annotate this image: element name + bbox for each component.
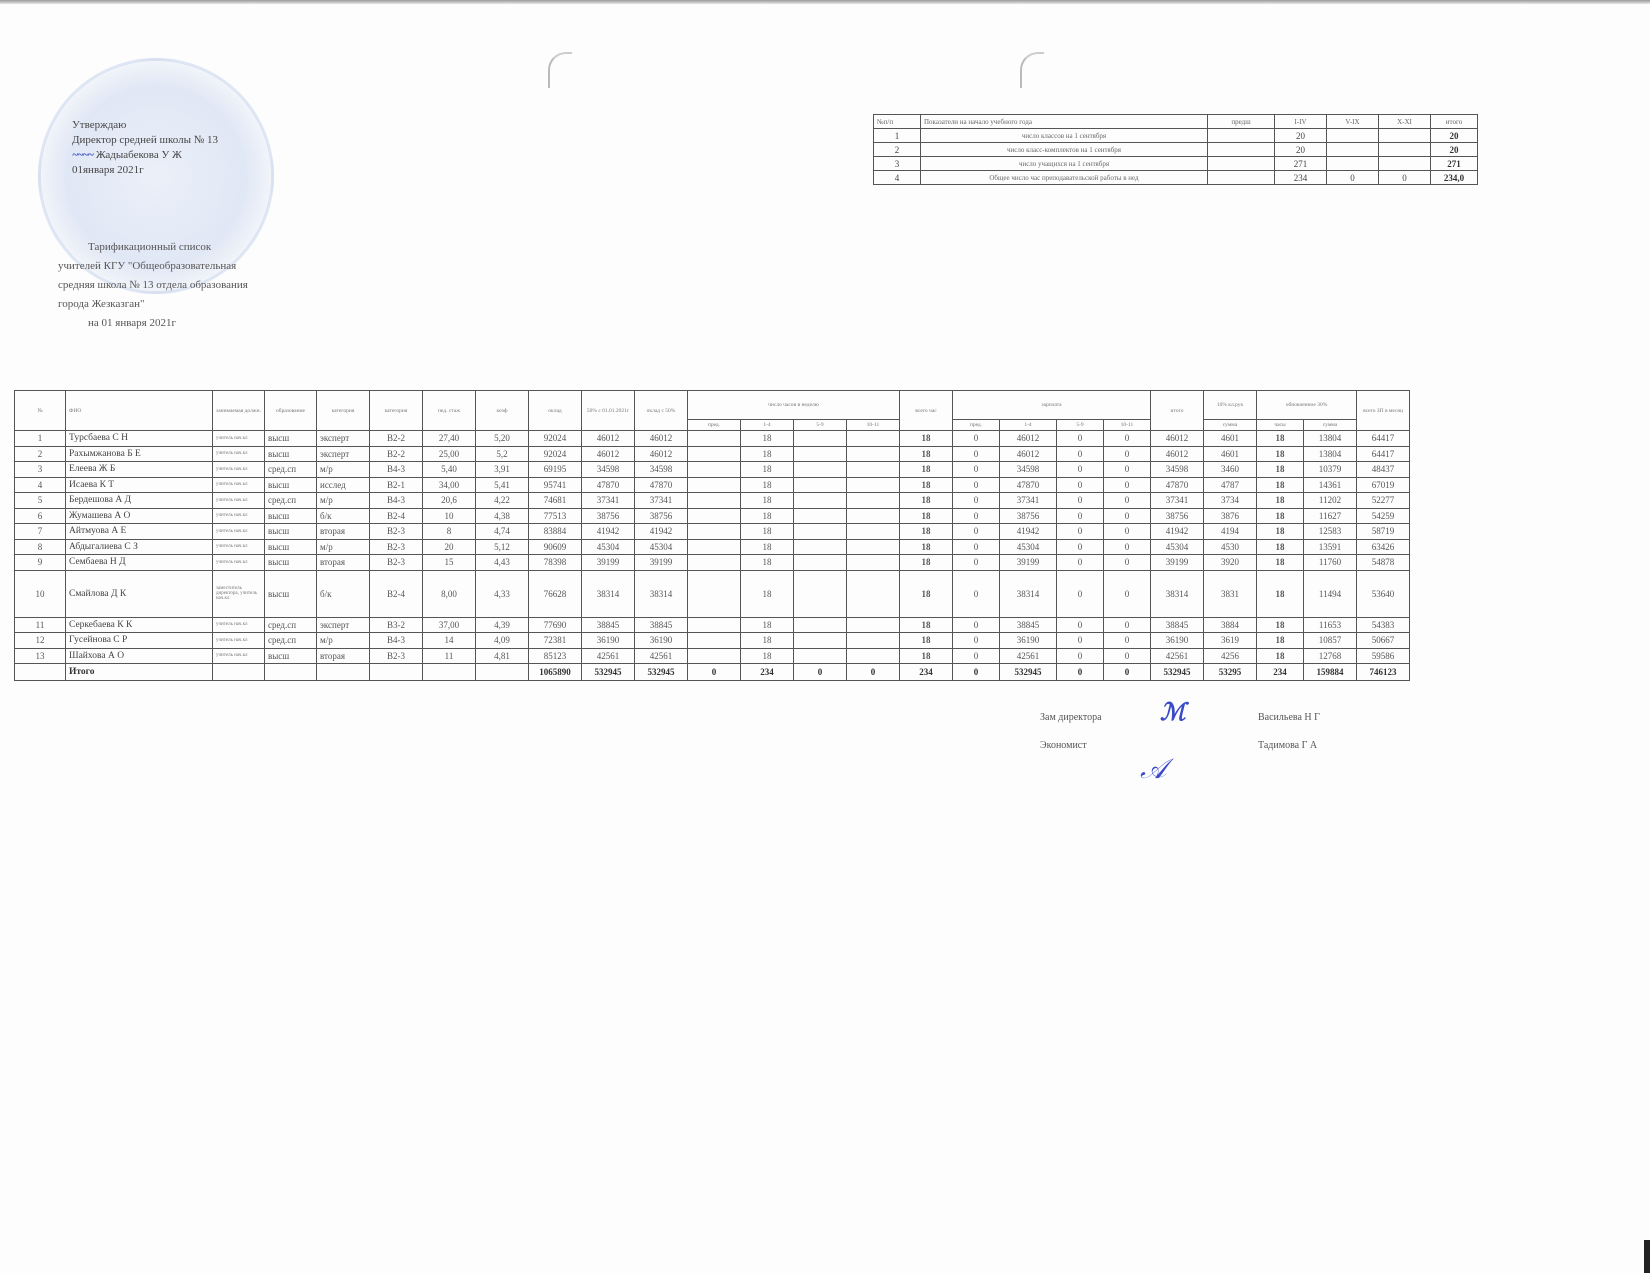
cell-position: учитель нач.кл <box>213 633 265 649</box>
summary-cell-label: Общее число час преподавательской работы… <box>921 171 1208 185</box>
cell-upd_s: 10379 <box>1304 462 1357 478</box>
summary-table: №п/п Показатели на начало учебного года … <box>873 114 1478 185</box>
col-pay-5-9: 5-9 <box>1057 420 1104 431</box>
cell-p59: 0 <box>1057 493 1104 509</box>
summary-cell-n: 1 <box>874 129 921 143</box>
cell-hours: 18 <box>900 648 953 664</box>
cell-fio: Исаева К Т <box>66 477 213 493</box>
cell-itogo: 37341 <box>1151 493 1204 509</box>
cell-h_pre <box>688 508 741 524</box>
cell-total: 52277 <box>1357 493 1410 509</box>
title-line1: Тарификационный список <box>58 238 298 257</box>
cell-h1011 <box>847 477 900 493</box>
cell-salary50: 39199 <box>635 555 688 571</box>
cell-p1011: 0 <box>1104 477 1151 493</box>
cell-p_pre: 0 <box>953 524 1000 540</box>
cell-ten: 3831 <box>1204 570 1257 617</box>
col-fio: ФИО <box>66 391 213 431</box>
cell-n: 13 <box>15 648 66 664</box>
cell-salary50: 34598 <box>635 462 688 478</box>
cell-education: высш <box>265 431 317 447</box>
cell-itogo: 46012 <box>1151 446 1204 462</box>
col-hours-pre: пред. <box>688 420 741 431</box>
cell-salary: 78398 <box>529 555 582 571</box>
cell-category2: В3-2 <box>370 617 423 633</box>
cell-p59: 0 <box>1057 462 1104 478</box>
cell-fio: Турсбаева С Н <box>66 431 213 447</box>
cell-p1011: 0 <box>1104 493 1151 509</box>
cell-h_pre <box>688 539 741 555</box>
summary-row: 2число класс-комплектов на 1 сентября202… <box>874 143 1478 157</box>
cell-p_pre: 0 <box>953 431 1000 447</box>
cell-upd_h: 18 <box>1257 462 1304 478</box>
summary-row: 3число учащихся на 1 сентября271271 <box>874 157 1478 171</box>
cell-salary50: 41942 <box>635 524 688 540</box>
cell-fio: Смайлова Д К <box>66 570 213 617</box>
cell-h59 <box>794 493 847 509</box>
signature-row: Экономист 𝒜 Тадимова Г А <box>1040 740 1087 751</box>
col-itogo: итого <box>1151 391 1204 431</box>
cell-n: 6 <box>15 508 66 524</box>
cell-category: эксперт <box>317 617 370 633</box>
scan-top-edge <box>0 0 1650 4</box>
signature-role: Экономист <box>1040 740 1087 751</box>
summary-row: 1число классов на 1 сентября2020 <box>874 129 1478 143</box>
cell-h14: 18 <box>741 493 794 509</box>
col-ten-pct-sum: сумма <box>1204 420 1257 431</box>
cell-n: 10 <box>15 570 66 617</box>
cell-coef: 4,33 <box>476 570 529 617</box>
cell-category: исслед <box>317 477 370 493</box>
punch-hole-mark <box>1020 52 1044 88</box>
cell-p59: 0 <box>1057 539 1104 555</box>
col-hours-group: число часов в неделю <box>688 391 900 420</box>
cell-category2: В2-4 <box>370 570 423 617</box>
cell-fio: Рахымжанова Б Е <box>66 446 213 462</box>
summary-cell-label: число классов на 1 сентября <box>921 129 1208 143</box>
cell-p14: 38845 <box>1000 617 1057 633</box>
cell-upd_h: 18 <box>1257 539 1304 555</box>
cell-upd_s: 14361 <box>1304 477 1357 493</box>
cell-h_pre <box>688 477 741 493</box>
cell-category2: В2-2 <box>370 446 423 462</box>
cell-fifty: 37341 <box>582 493 635 509</box>
cell-h_pre <box>688 493 741 509</box>
summary-header: Показатели на начало учебного года <box>921 115 1208 129</box>
table-row: 2Рахымжанова Б Еучитель нач.клвысшэкспер… <box>15 446 1410 462</box>
cell-coef: 4,22 <box>476 493 529 509</box>
tariff-table: № ФИО занимаемая должн. образование кате… <box>14 390 1410 681</box>
cell-category: б/к <box>317 508 370 524</box>
cell-salary50: 46012 <box>635 431 688 447</box>
cell-category2: В4-3 <box>370 633 423 649</box>
summary-cell-c14: 20 <box>1275 129 1327 143</box>
cell-fifty: 46012 <box>582 431 635 447</box>
cell-position: учитель нач.кл <box>213 555 265 571</box>
cell-total: 58719 <box>1357 524 1410 540</box>
table-row: 12Гусейнова С Ручитель нач.клсред.спм/рВ… <box>15 633 1410 649</box>
cell-p_pre: 0 <box>953 648 1000 664</box>
col-hours-5-9: 5-9 <box>794 420 847 431</box>
cell-itogo: 34598 <box>1151 462 1204 478</box>
cell-salary: 92024 <box>529 446 582 462</box>
cell-itogo: 45304 <box>1151 539 1204 555</box>
cell-category2: В2-3 <box>370 524 423 540</box>
cell-hours: 18 <box>900 633 953 649</box>
cell-category2: В4-3 <box>370 462 423 478</box>
summary-header-row: №п/п Показатели на начало учебного года … <box>874 115 1478 129</box>
cell-upd_h: 18 <box>1257 555 1304 571</box>
cell-n: 11 <box>15 617 66 633</box>
cell-fifty: 38756 <box>582 508 635 524</box>
cell-position: учитель нач.кл <box>213 524 265 540</box>
cell-hours: 18 <box>900 555 953 571</box>
cell-p59: 0 <box>1057 570 1104 617</box>
col-upd-sum: сумма <box>1304 420 1357 431</box>
cell-itogo: 47870 <box>1151 477 1204 493</box>
summary-cell-n: 3 <box>874 157 921 171</box>
total-empty-cell <box>265 664 317 681</box>
cell-upd_s: 11202 <box>1304 493 1357 509</box>
col-upd-hours: часы <box>1257 420 1304 431</box>
cell-total: 50667 <box>1357 633 1410 649</box>
cell-h_pre <box>688 462 741 478</box>
cell-coef: 4,81 <box>476 648 529 664</box>
summary-cell-c59: 0 <box>1327 171 1379 185</box>
cell-h59 <box>794 539 847 555</box>
approval-line1: Утверждаю <box>72 118 218 133</box>
cell-upd_s: 13591 <box>1304 539 1357 555</box>
cell-salary50: 38845 <box>635 617 688 633</box>
summary-cell-n: 2 <box>874 143 921 157</box>
cell-experience: 27,40 <box>423 431 476 447</box>
cell-hours: 18 <box>900 524 953 540</box>
cell-coef: 4,43 <box>476 555 529 571</box>
cell-p14: 46012 <box>1000 446 1057 462</box>
cell-experience: 25,00 <box>423 446 476 462</box>
table-row: 4Исаева К Тучитель нач.клвысшисследВ2-13… <box>15 477 1410 493</box>
cell-fio: Серкебаева К К <box>66 617 213 633</box>
table-row: 7Айтмуова А Еучитель нач.клвысшвтораяВ2-… <box>15 524 1410 540</box>
total-cell-itogo: 532945 <box>1151 664 1204 681</box>
cell-education: высш <box>265 555 317 571</box>
cell-fifty: 34598 <box>582 462 635 478</box>
cell-experience: 14 <box>423 633 476 649</box>
summary-header: V-IX <box>1327 115 1379 129</box>
cell-position: учитель нач.кл <box>213 431 265 447</box>
cell-upd_h: 18 <box>1257 446 1304 462</box>
cell-h14: 18 <box>741 524 794 540</box>
total-empty-cell <box>213 664 265 681</box>
cell-upd_h: 18 <box>1257 617 1304 633</box>
cell-p14: 34598 <box>1000 462 1057 478</box>
deputy-signature-mark: ℳ <box>1160 698 1183 727</box>
total-cell-upd_s: 159884 <box>1304 664 1357 681</box>
signature-name: Тадимова Г А <box>1258 740 1317 751</box>
summary-header: №п/п <box>874 115 921 129</box>
col-total-month: всего ЗП в месяц <box>1357 391 1410 431</box>
cell-coef: 3,91 <box>476 462 529 478</box>
cell-category: эксперт <box>317 446 370 462</box>
total-cell-fifty: 532945 <box>582 664 635 681</box>
cell-salary50: 36190 <box>635 633 688 649</box>
cell-n: 12 <box>15 633 66 649</box>
col-salary: оклад <box>529 391 582 431</box>
cell-fifty: 39199 <box>582 555 635 571</box>
cell-p14: 41942 <box>1000 524 1057 540</box>
cell-h59 <box>794 648 847 664</box>
summary-cell-c59 <box>1327 157 1379 171</box>
summary-cell-c1011 <box>1379 157 1431 171</box>
cell-coef: 5,2 <box>476 446 529 462</box>
cell-position: учитель нач.кл <box>213 446 265 462</box>
cell-fio: Гусейнова С Р <box>66 633 213 649</box>
cell-itogo: 36190 <box>1151 633 1204 649</box>
cell-h_pre <box>688 617 741 633</box>
cell-salary: 77513 <box>529 508 582 524</box>
col-upd-group: обновленное 30% <box>1257 391 1357 420</box>
col-total-hours: всего час <box>900 391 953 431</box>
summary-header: X-XI <box>1379 115 1431 129</box>
cell-h59 <box>794 524 847 540</box>
cell-total: 59586 <box>1357 648 1410 664</box>
approval-date: 01января 2021г <box>72 163 218 178</box>
cell-n: 9 <box>15 555 66 571</box>
cell-experience: 34,00 <box>423 477 476 493</box>
cell-education: сред.сп <box>265 462 317 478</box>
summary-cell-c14: 234 <box>1275 171 1327 185</box>
cell-itogo: 42561 <box>1151 648 1204 664</box>
summary-cell-total: 271 <box>1431 157 1478 171</box>
total-cell-total: 746123 <box>1357 664 1410 681</box>
cell-ten: 3876 <box>1204 508 1257 524</box>
title-line5: на 01 января 2021г <box>58 314 298 333</box>
cell-category: б/к <box>317 570 370 617</box>
cell-h59 <box>794 555 847 571</box>
cell-p1011: 0 <box>1104 524 1151 540</box>
col-category2: категория <box>370 391 423 431</box>
document-title: Тарификационный список учителей КГУ "Общ… <box>58 238 298 333</box>
cell-category: вторая <box>317 524 370 540</box>
table-row: 13Шайхова А Оучитель нач.клвысшвтораяВ2-… <box>15 648 1410 664</box>
col-fifty: 50% с 01.01.2021г <box>582 391 635 431</box>
cell-ten: 4194 <box>1204 524 1257 540</box>
table-row: 5Бердешова А Дучитель нач.клсред.спм/рВ4… <box>15 493 1410 509</box>
cell-p1011: 0 <box>1104 617 1151 633</box>
cell-ten: 4601 <box>1204 431 1257 447</box>
cell-fio: Шайхова А О <box>66 648 213 664</box>
cell-category2: В2-2 <box>370 431 423 447</box>
cell-h14: 18 <box>741 570 794 617</box>
title-line2: учителей КГУ "Общеобразовательная <box>58 257 298 276</box>
cell-h1011 <box>847 570 900 617</box>
summary-cell-label: число учащихся на 1 сентября <box>921 157 1208 171</box>
cell-h1011 <box>847 493 900 509</box>
cell-itogo: 41942 <box>1151 524 1204 540</box>
cell-p14: 46012 <box>1000 431 1057 447</box>
cell-position: заместитель директора, учитель нач.кл <box>213 570 265 617</box>
approval-line2: Директор средней школы № 13 <box>72 133 218 148</box>
cell-salary50: 38314 <box>635 570 688 617</box>
cell-h14: 18 <box>741 555 794 571</box>
cell-fio: Сембаева Н Д <box>66 555 213 571</box>
cell-fifty: 45304 <box>582 539 635 555</box>
col-pay-group: зарплата <box>953 391 1151 420</box>
cell-fifty: 42561 <box>582 648 635 664</box>
cell-p1011: 0 <box>1104 648 1151 664</box>
cell-h1011 <box>847 524 900 540</box>
total-cell-h_pre: 0 <box>688 664 741 681</box>
col-pay-1-4: 1-4 <box>1000 420 1057 431</box>
cell-h1011 <box>847 446 900 462</box>
cell-h_pre <box>688 570 741 617</box>
cell-h14: 18 <box>741 648 794 664</box>
cell-p59: 0 <box>1057 524 1104 540</box>
total-cell-p1011: 0 <box>1104 664 1151 681</box>
cell-experience: 11 <box>423 648 476 664</box>
cell-upd_h: 18 <box>1257 633 1304 649</box>
summary-cell-pre <box>1208 129 1275 143</box>
cell-ten: 3619 <box>1204 633 1257 649</box>
summary-cell-c59 <box>1327 129 1379 143</box>
approval-block: Утверждаю Директор средней школы № 13 ~~… <box>72 118 218 178</box>
punch-hole-mark <box>548 52 572 88</box>
cell-p1011: 0 <box>1104 555 1151 571</box>
cell-p59: 0 <box>1057 648 1104 664</box>
cell-h14: 18 <box>741 477 794 493</box>
cell-category: эксперт <box>317 431 370 447</box>
cell-upd_h: 18 <box>1257 648 1304 664</box>
cell-p_pre: 0 <box>953 477 1000 493</box>
table-total-row: Итого10658905329455329450234002340532945… <box>15 664 1410 681</box>
cell-ten: 3734 <box>1204 493 1257 509</box>
cell-p_pre: 0 <box>953 493 1000 509</box>
summary-cell-total: 20 <box>1431 129 1478 143</box>
cell-position: учитель нач.кл <box>213 648 265 664</box>
cell-education: высш <box>265 446 317 462</box>
cell-p1011: 0 <box>1104 462 1151 478</box>
cell-fifty: 38845 <box>582 617 635 633</box>
summary-cell-pre <box>1208 171 1275 185</box>
cell-p59: 0 <box>1057 446 1104 462</box>
total-cell-ten: 53295 <box>1204 664 1257 681</box>
cell-coef: 4,74 <box>476 524 529 540</box>
cell-p_pre: 0 <box>953 539 1000 555</box>
summary-cell-c1011 <box>1379 143 1431 157</box>
cell-p59: 0 <box>1057 617 1104 633</box>
cell-n: 1 <box>15 431 66 447</box>
cell-n: 8 <box>15 539 66 555</box>
cell-p59: 0 <box>1057 477 1104 493</box>
summary-cell-c1011 <box>1379 129 1431 143</box>
cell-salary: 76628 <box>529 570 582 617</box>
cell-hours: 18 <box>900 617 953 633</box>
cell-p1011: 0 <box>1104 431 1151 447</box>
cell-upd_h: 18 <box>1257 508 1304 524</box>
total-cell-hours: 234 <box>900 664 953 681</box>
cell-h14: 18 <box>741 462 794 478</box>
cell-n: 7 <box>15 524 66 540</box>
cell-h1011 <box>847 617 900 633</box>
cell-salary50: 37341 <box>635 493 688 509</box>
cell-total: 54878 <box>1357 555 1410 571</box>
cell-coef: 5,20 <box>476 431 529 447</box>
cell-h14: 18 <box>741 539 794 555</box>
cell-category: м/р <box>317 462 370 478</box>
cell-total: 54383 <box>1357 617 1410 633</box>
cell-salary: 77690 <box>529 617 582 633</box>
cell-education: высш <box>265 508 317 524</box>
cell-education: сред.сп <box>265 493 317 509</box>
cell-experience: 15 <box>423 555 476 571</box>
cell-hours: 18 <box>900 539 953 555</box>
summary-header: I-IV <box>1275 115 1327 129</box>
cell-category2: В2-1 <box>370 477 423 493</box>
cell-experience: 37,00 <box>423 617 476 633</box>
signature-role: Зам директора <box>1040 712 1102 723</box>
cell-h1011 <box>847 633 900 649</box>
summary-header: итого <box>1431 115 1478 129</box>
cell-ten: 4787 <box>1204 477 1257 493</box>
cell-h14: 18 <box>741 633 794 649</box>
total-empty-cell <box>317 664 370 681</box>
cell-position: учитель нач.кл <box>213 508 265 524</box>
table-row: 3Елеева Ж Бучитель нач.клсред.спм/рВ4-35… <box>15 462 1410 478</box>
cell-h59 <box>794 617 847 633</box>
cell-fio: Айтмуова А Е <box>66 524 213 540</box>
cell-itogo: 38845 <box>1151 617 1204 633</box>
cell-fio: Абдыгалиева С З <box>66 539 213 555</box>
cell-p_pre: 0 <box>953 570 1000 617</box>
cell-position: учитель нач.кл <box>213 539 265 555</box>
cell-salary50: 38756 <box>635 508 688 524</box>
cell-p_pre: 0 <box>953 617 1000 633</box>
cell-h1011 <box>847 555 900 571</box>
cell-h59 <box>794 570 847 617</box>
total-cell-h1011: 0 <box>847 664 900 681</box>
total-cell-p59: 0 <box>1057 664 1104 681</box>
cell-experience: 20 <box>423 539 476 555</box>
cell-hours: 18 <box>900 462 953 478</box>
approval-signer-line: ~~~~ Жадыабекова У Ж <box>72 148 218 163</box>
table-row: 11Серкебаева К Кучитель нач.клсред.спэкс… <box>15 617 1410 633</box>
cell-education: высш <box>265 570 317 617</box>
cell-ten: 4530 <box>1204 539 1257 555</box>
summary-cell-c14: 271 <box>1275 157 1327 171</box>
cell-education: высш <box>265 524 317 540</box>
cell-h1011 <box>847 648 900 664</box>
cell-hours: 18 <box>900 446 953 462</box>
cell-p_pre: 0 <box>953 633 1000 649</box>
cell-h14: 18 <box>741 431 794 447</box>
cell-p14: 45304 <box>1000 539 1057 555</box>
cell-upd_h: 18 <box>1257 524 1304 540</box>
cell-h_pre <box>688 446 741 462</box>
cell-p14: 42561 <box>1000 648 1057 664</box>
approval-signer: Жадыабекова У Ж <box>96 149 182 161</box>
total-cell-h14: 234 <box>741 664 794 681</box>
cell-upd_h: 18 <box>1257 431 1304 447</box>
summary-row: 4Общее число час преподавательской работ… <box>874 171 1478 185</box>
cell-p_pre: 0 <box>953 555 1000 571</box>
cell-h59 <box>794 633 847 649</box>
cell-salary: 83884 <box>529 524 582 540</box>
col-experience: пед. стаж <box>423 391 476 431</box>
cell-p59: 0 <box>1057 633 1104 649</box>
cell-position: учитель нач.кл <box>213 493 265 509</box>
col-pay-pre: пред. <box>953 420 1000 431</box>
total-cell-upd_h: 234 <box>1257 664 1304 681</box>
